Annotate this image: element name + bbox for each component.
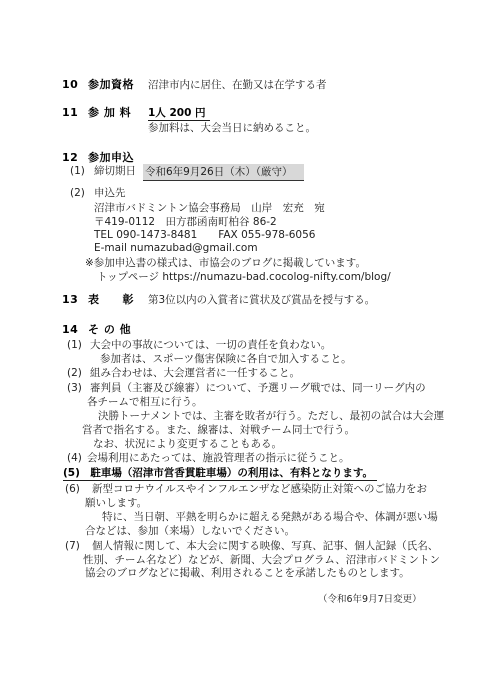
other-item-1: 大会中の事故については、一切の責任を負わない。 <box>90 338 331 352</box>
doc-line: 決勝トーナメントでは、主審を敗者が行う。ただし、最初の試合は大会運 <box>0 409 480 423</box>
item-marker: (1) <box>70 164 85 178</box>
item-marker: (7) <box>65 539 80 553</box>
doc-line: (5) 駐車場（沼津市営香貫駐車場）の利用は、有料となります。 <box>0 466 480 480</box>
section-11-title: 参 加 料 <box>88 106 131 120</box>
other-item-3: 審判員（主審及び線審）について、予選リーグ戦では、同一リーグ内の <box>90 381 426 395</box>
doc-line: なお、状況により変更することもある。 <box>0 437 480 451</box>
doc-line: (6)新型コロナウイルスやインフルエンザなど感染防止対策へのご協力をお <box>0 482 480 496</box>
section-10-title: 参加資格 <box>88 78 134 92</box>
doc-line: ※参加申込書の様式は、市協会のブログに掲載しています。 <box>0 256 480 270</box>
revision-note: （令和6年9月7日変更） <box>318 593 422 607</box>
section-12-number: 12 <box>62 151 78 165</box>
section-11-number: 11 <box>62 106 78 120</box>
other-item-3-cont: なお、状況により変更することもある。 <box>93 437 282 451</box>
section-14-number: 14 <box>62 323 78 337</box>
doc-line: 性別、チーム名など）などが、新聞、大会プログラム、沼津市バドミントン <box>0 553 480 567</box>
entry-fee-value: 1人 200 円 <box>148 106 210 121</box>
blog-url: トップページ https://numazu-bad.cocolog-nifty.… <box>97 270 391 284</box>
parking-notice: (5) 駐車場（沼津市営香貫駐車場）の利用は、有料となります。 <box>63 466 377 481</box>
doc-line: 10参加資格沼津市内に居住、在勤又は在学する者 <box>0 78 480 92</box>
other-item-6-cont: 合などは、参加（来場）しないでください。 <box>85 524 295 538</box>
item-marker: (2) <box>70 186 85 200</box>
doc-line: 参加者は、スポーツ傷害保険に各自で加入すること。 <box>0 352 480 366</box>
section-12-title: 参加申込 <box>88 151 134 165</box>
doc-line: (1)締切期日令和6年9月26日（木）（厳守） <box>0 164 480 178</box>
contact-name: 沼津市バドミントン協会事務局 山岸 宏充 宛 <box>94 201 325 215</box>
doc-line: 13表 彰第3位以内の入賞者に賞状及び賞品を授与する。 <box>0 293 480 307</box>
document-page: 10参加資格沼津市内に居住、在勤又は在学する者11参 加 料1人 200 円参加… <box>0 0 480 679</box>
contact-email: E-mail numazubad@gmail.com <box>94 241 258 255</box>
footer-line: （令和6年9月7日変更） <box>0 593 480 607</box>
deadline-label: 締切期日 <box>94 164 136 178</box>
doc-line: 参加料は、大会当日に納めること。 <box>0 121 480 135</box>
doc-line: (2)組み合わせは、大会運営者に一任すること。 <box>0 366 480 380</box>
doc-line: 営者で指名する。また、線審は、対戦チーム同士で行う。 <box>0 423 480 437</box>
contact-tel-fax: TEL 090-1473-8481 FAX 055-978-6056 <box>94 228 315 242</box>
doc-line: (7)個人情報に関して、本大会に関する映像、写真、記事、個人記録（氏名、 <box>0 539 480 553</box>
other-item-3-cont: 各チームで相互に行う。 <box>87 395 203 409</box>
other-item-1-cont: 参加者は、スポーツ傷害保険に各自で加入すること。 <box>100 352 352 366</box>
item-marker: (3) <box>67 381 82 395</box>
doc-line: 11参 加 料1人 200 円 <box>0 106 480 120</box>
other-item-2: 組み合わせは、大会運営者に一任すること。 <box>90 366 300 380</box>
section-13-title: 表 彰 <box>88 293 134 307</box>
doc-line: 特に、当日朝、平熱を明らかに超える発熱がある場合や、体調が悪い場 <box>0 510 480 524</box>
other-item-4: 会場利用にあたっては、施設管理者の指示に従うこと。 <box>87 451 350 465</box>
item-marker: (6) <box>65 482 80 496</box>
application-form-note: ※参加申込書の様式は、市協会のブログに掲載しています。 <box>85 256 366 270</box>
doc-line: E-mail numazubad@gmail.com <box>0 241 480 255</box>
doc-line: 協会のブログなどに掲載、利用されることを承諾したものとします。 <box>0 566 480 580</box>
entry-fee-note: 参加料は、大会当日に納めること。 <box>148 121 316 135</box>
other-item-6: 新型コロナウイルスやインフルエンザなど感染防止対策へのご協力をお <box>92 482 427 496</box>
doc-line: 合などは、参加（来場）しないでください。 <box>0 524 480 538</box>
doc-line: 沼津市バドミントン協会事務局 山岸 宏充 宛 <box>0 201 480 215</box>
item-marker: (4) <box>67 451 82 465</box>
doc-line: 〒419-0112 田方郡函南町柏谷 86-2 <box>0 215 480 229</box>
doc-line: (1)大会中の事故については、一切の責任を負わない。 <box>0 338 480 352</box>
doc-line: (2)申込先 <box>0 186 480 200</box>
eligibility-text: 沼津市内に居住、在勤又は在学する者 <box>148 78 327 92</box>
section-14-title: そ の 他 <box>88 323 131 337</box>
awards-text: 第3位以内の入賞者に賞状及び賞品を授与する。 <box>148 293 375 307</box>
section-10-number: 10 <box>62 78 78 92</box>
other-item-7-cont: 性別、チーム名など）などが、新聞、大会プログラム、沼津市バドミントン <box>83 553 440 567</box>
deadline-value: 令和6年9月26日（木）（厳守） <box>143 164 304 181</box>
doc-line: (4)会場利用にあたっては、施設管理者の指示に従うこと。 <box>0 451 480 465</box>
contact-address: 〒419-0112 田方郡函南町柏谷 86-2 <box>94 215 277 229</box>
doc-line: 14そ の 他 <box>0 323 480 337</box>
doc-line: (3)審判員（主審及び線審）について、予選リーグ戦では、同一リーグ内の <box>0 381 480 395</box>
section-13-number: 13 <box>62 293 78 307</box>
doc-line: 各チームで相互に行う。 <box>0 395 480 409</box>
other-item-3-cont: 営者で指名する。また、線審は、対戦チーム同士で行う。 <box>82 423 355 437</box>
other-item-7-cont: 協会のブログなどに掲載、利用されることを承諾したものとします。 <box>85 566 410 580</box>
doc-line: トップページ https://numazu-bad.cocolog-nifty.… <box>0 270 480 284</box>
doc-line: 12参加申込 <box>0 151 480 165</box>
item-marker: (2) <box>67 366 82 380</box>
other-item-3-cont: 決勝トーナメントでは、主審を敗者が行う。ただし、最初の試合は大会運 <box>98 409 444 423</box>
apply-to-label: 申込先 <box>94 186 126 200</box>
other-item-6-cont: 願いします。 <box>85 496 147 510</box>
doc-line: TEL 090-1473-8481 FAX 055-978-6056 <box>0 228 480 242</box>
other-item-6-cont: 特に、当日朝、平熱を明らかに超える発熱がある場合や、体調が悪い場 <box>102 510 438 524</box>
item-marker: (1) <box>67 338 82 352</box>
doc-line: 願いします。 <box>0 496 480 510</box>
other-item-7: 個人情報に関して、本大会に関する映像、写真、記事、個人記録（氏名、 <box>92 539 438 553</box>
